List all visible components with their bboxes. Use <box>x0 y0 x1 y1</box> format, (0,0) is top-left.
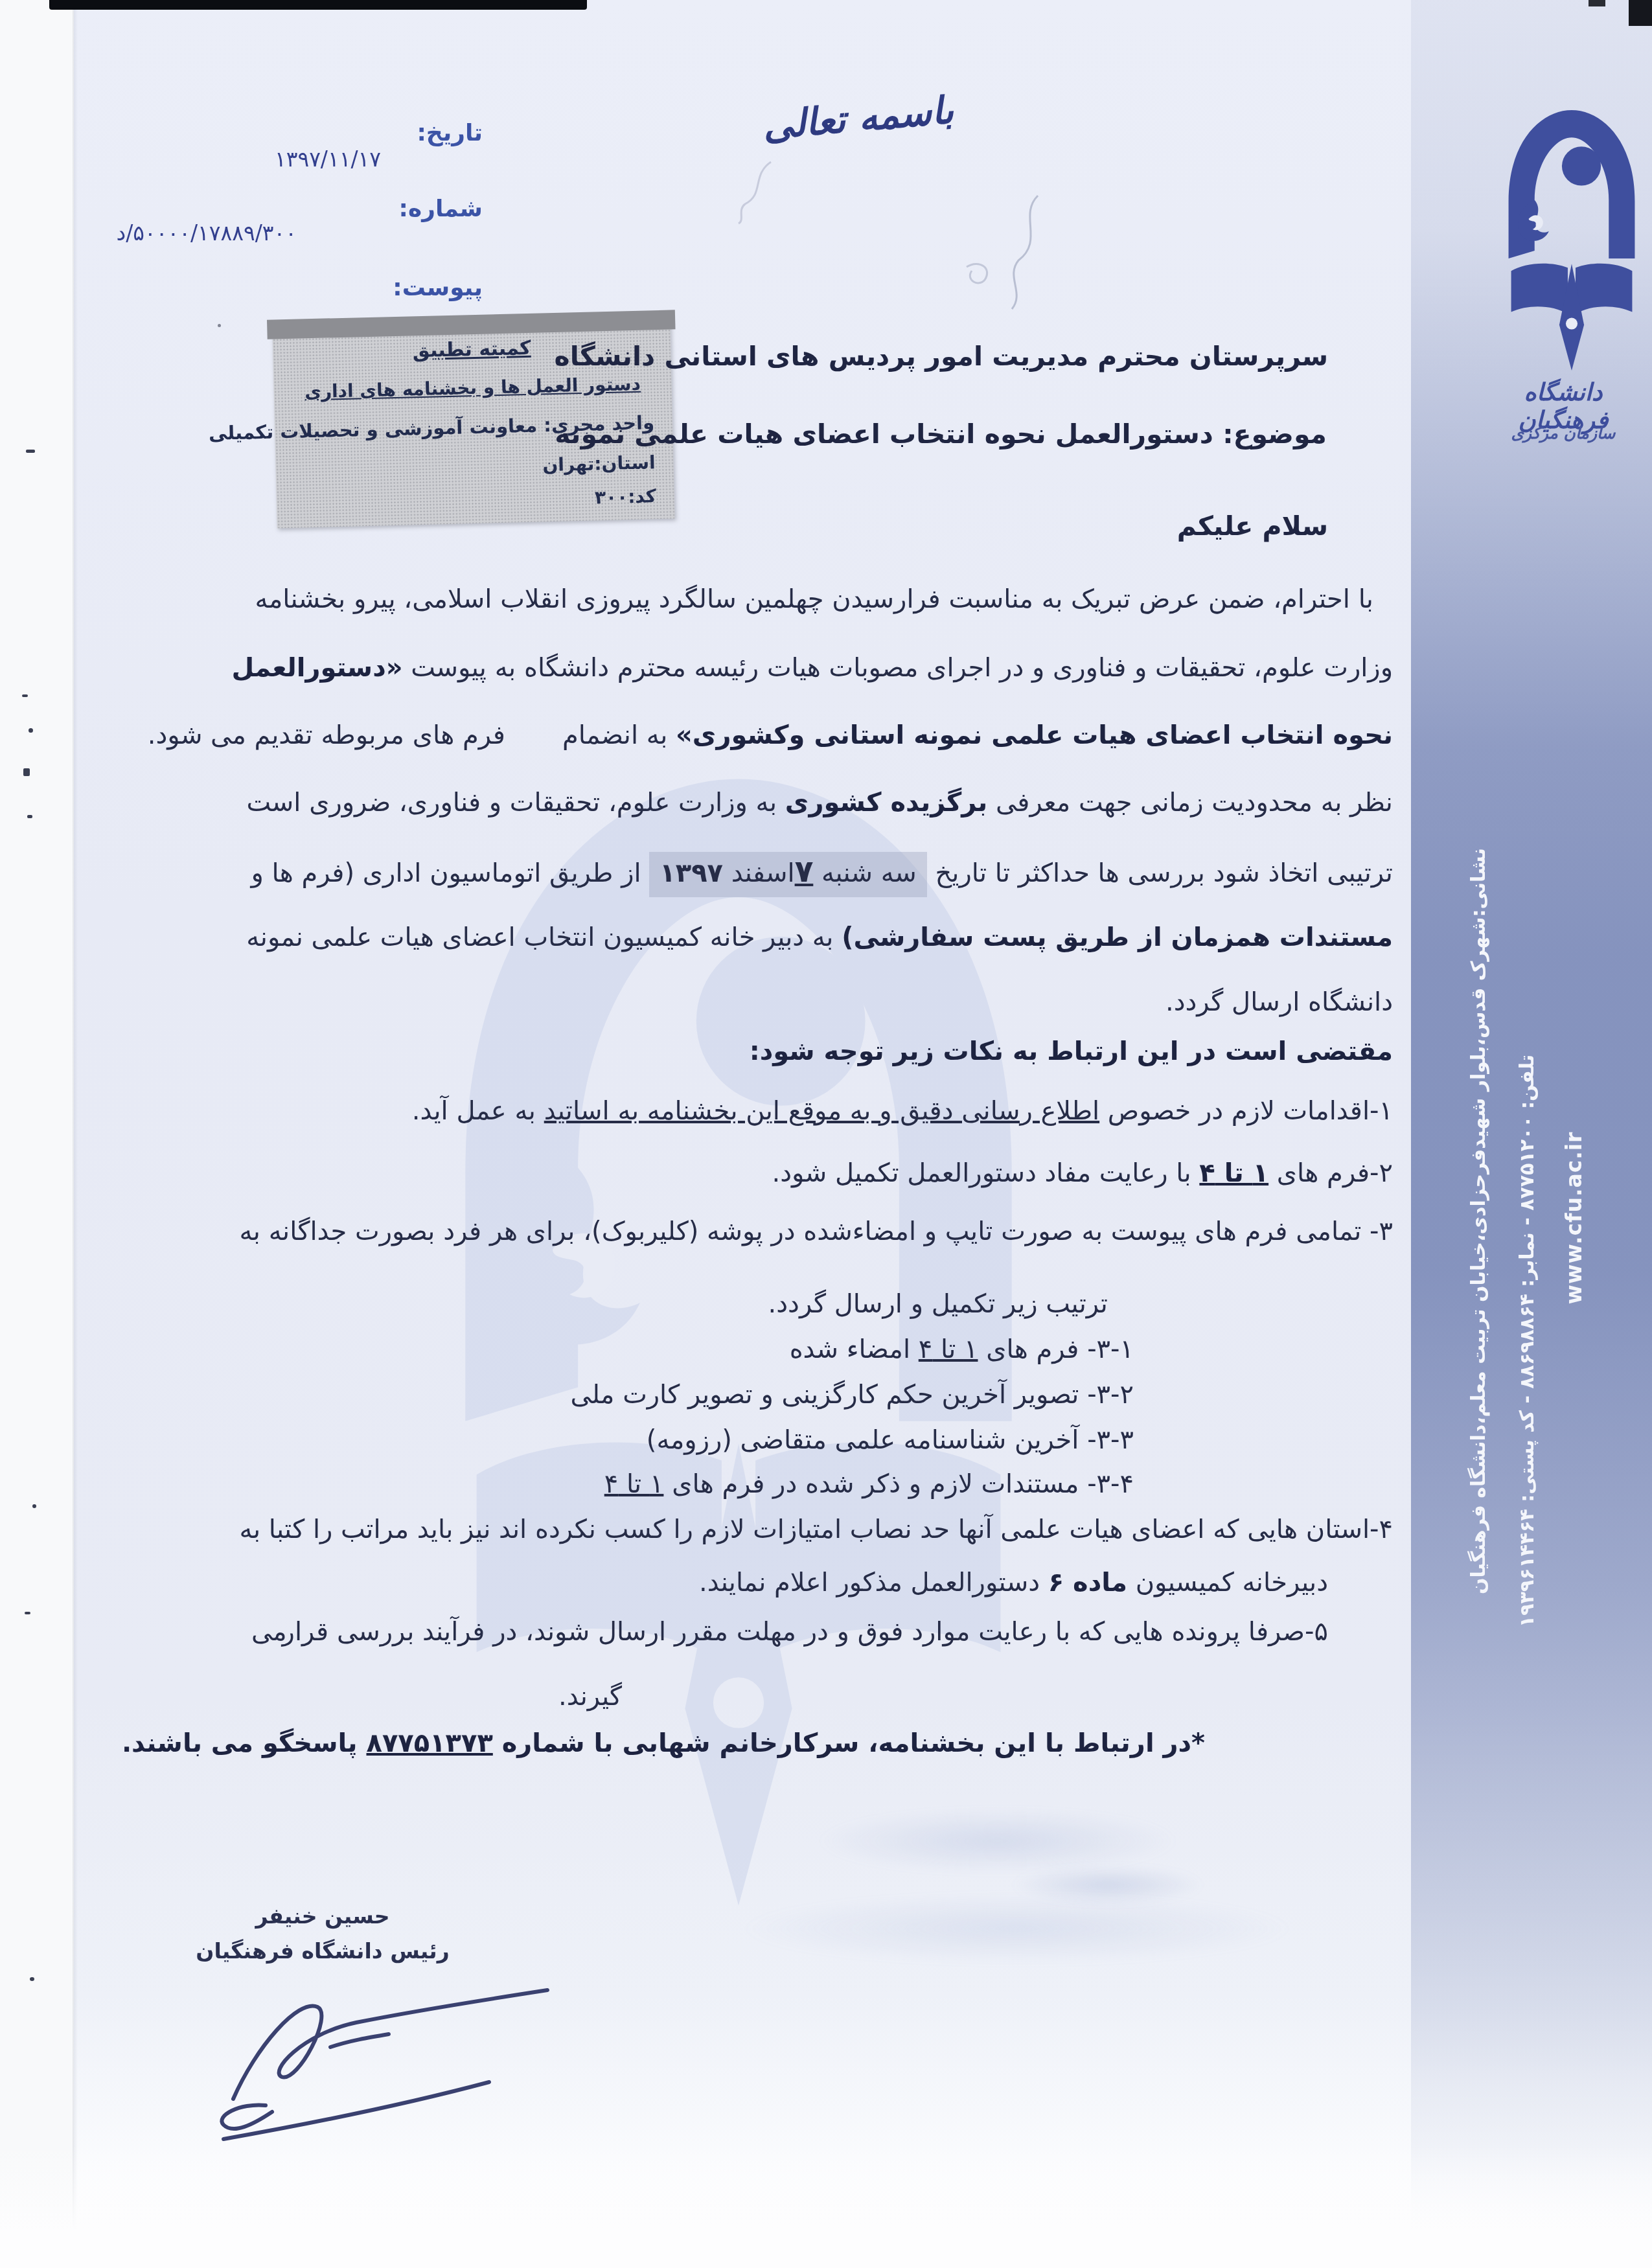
scan-artifact <box>1629 0 1652 26</box>
body-line-12: ترتیب زیر تکمیل و ارسال گردد. <box>768 1289 1108 1319</box>
central-organization-label: سازمان مرکزی <box>1480 424 1647 442</box>
attachment-label: پیوست: <box>393 275 483 301</box>
scan-speck <box>22 694 28 697</box>
body-line-4: نظر به محدودیت زمانی جهت معرفی برگزیده ک… <box>247 788 1393 818</box>
body-line-11: ۳- تمامی فرم های پیوست به صورت تایپ و ام… <box>239 1217 1393 1246</box>
sidebar-website: www.cfu.ac.ir <box>1561 1110 1590 1325</box>
scan-speck <box>27 815 32 818</box>
paper-edge-shadow <box>73 0 78 2241</box>
scanner-bed-strip <box>0 0 74 2268</box>
signer-name: حسین خنیفر <box>206 1903 439 1929</box>
scan-speck <box>23 768 30 776</box>
scan-speck <box>25 1612 30 1614</box>
body-line-21: *در ارتباط با این بخشنامه، سرکارخانم شها… <box>122 1728 1205 1758</box>
sidebar-address: نشانی:شهرک قدس،بلوار شهیدفرحزادی،خیابان … <box>1467 680 1496 1762</box>
body-line-9: ۱-اقدامات لازم در خصوص اطلاع رسانی دقیق … <box>412 1096 1393 1126</box>
sidebar-phone-fax-postal: تلفن: ۸۷۷۵۱۲۰۰ - نمابر: ۸۸۶۹۸۸۶۴ - کد پس… <box>1516 959 1544 1723</box>
pencil-mark <box>726 155 784 227</box>
body-line-19: ۵-صرفا پرونده هایی که با رعایت موارد فوق… <box>251 1617 1328 1647</box>
stamp-subtitle: دستور العمل ها و بخشنامه های اداری <box>273 372 672 404</box>
date-value: ۱۳۹۷/۱۱/۱۷ <box>275 146 381 172</box>
body-line-8: مقتضی است در این ارتباط به نکات زیر توجه… <box>750 1037 1393 1066</box>
stamp-code: کد:۳۰۰ <box>277 485 675 516</box>
ghost-stamp-mark <box>739 1893 1296 1964</box>
number-label: شماره: <box>399 196 483 222</box>
body-line-13: ۳-۱- فرم های ۱ تا ۴ امضاء شده <box>790 1334 1134 1364</box>
scanned-letter-page: نشانی:شهرک قدس،بلوار شهیدفرحزادی،خیابان … <box>0 0 1652 2268</box>
date-label: تاریخ: <box>417 120 483 146</box>
stamp-province: استان:تهران <box>275 451 674 482</box>
body-line-18: دبیرخانه کمیسیون ماده ۶ دستورالعمل مذکور… <box>699 1568 1328 1598</box>
scan-speck <box>30 1977 34 1981</box>
body-line-1: با احترام، ضمن عرض تبریک به مناسبت فرارس… <box>255 584 1373 614</box>
handwritten-signature <box>194 1950 583 2151</box>
ghost-stamp-mark <box>816 1809 1179 1873</box>
body-line-20: گیرند. <box>558 1682 622 1712</box>
body-line-2: وزارت علوم، تحقیقات و فناوری و در اجرای … <box>232 653 1393 683</box>
body-line-7: دانشگاه ارسال گردد. <box>1165 987 1393 1017</box>
pencil-mark <box>947 189 1057 319</box>
recipient-line: سرپرستان محترم مدیریت امور پردیس های است… <box>554 341 1328 372</box>
body-line-14: ۳-۲- تصویر آخرین حکم کارگزینی و تصویر کا… <box>570 1380 1134 1410</box>
ghost-stamp-mark <box>1011 1866 1205 1905</box>
subject-line: موضوع: دستورالعمل نحوه انتخاب اعضای هیات… <box>555 418 1327 450</box>
body-line-5: ترتیبی اتخاذ شود بررسی ها حداکثر تا تاری… <box>251 854 1394 889</box>
body-line-10: ۲-فرم های ۱ تا ۴ با رعایت مفاد دستورالعم… <box>772 1158 1393 1188</box>
stamp-unit-value: معاونت آموزشی و تحصیلات تکمیلی <box>208 415 537 444</box>
body-line-16: ۳-۴- مستندات لازم و ذکر شده در فرم های ۱… <box>604 1469 1134 1499</box>
body-line-17: ۴-استان هایی که اعضای هیات علمی آنها حد … <box>240 1515 1393 1544</box>
scan-speck <box>26 450 35 453</box>
scan-speck <box>218 324 221 327</box>
paper-bottom-fade <box>0 2145 1652 2268</box>
number-value: ۵۰۰۰۰/۱۷۸۸۹/۳۰۰/د <box>117 220 297 246</box>
scan-speck <box>32 1504 36 1508</box>
body-line-15: ۳-۳- آخرین شناسنامه علمی متقاضی (رزومه) <box>647 1425 1134 1455</box>
university-logo-icon <box>1494 102 1649 385</box>
body-line-3: نحوه انتخاب اعضای هیات علمی نمونه استانی… <box>148 720 1393 750</box>
salutation: سلام علیکم <box>1177 510 1328 542</box>
scan-artifact-top-bar <box>49 0 587 10</box>
hanging-word: می <box>251 1617 287 1647</box>
body-line-6: مستندات همزمان از طریق پست سفارشی) به دب… <box>246 922 1393 952</box>
basmala-calligraphy: باسمه تعالی <box>761 87 956 148</box>
scan-artifact <box>1589 0 1605 6</box>
scan-speck <box>29 728 33 733</box>
deadline-highlight: سه شنبه ۷اسفند ۱۳۹۷ <box>649 852 927 897</box>
